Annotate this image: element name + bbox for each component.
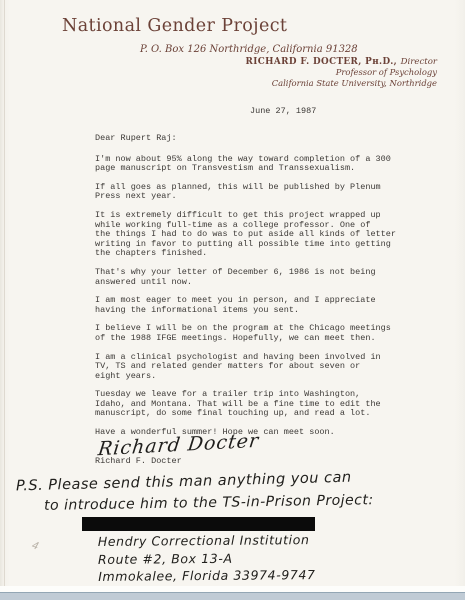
director-name-caps: RICHARD F. DOCTER, Pʜ.D., (246, 57, 401, 67)
forward-address-line: Hendry Correctional Institution (98, 531, 316, 550)
redaction-bar (82, 517, 315, 531)
postscript-line-1: P.S. Please send this man anything you c… (16, 470, 352, 495)
letter-salutation: Dear Rupert Raj: (95, 134, 400, 144)
letterhead-director-name: RICHARD F. DOCTER, Pʜ.D., Director (246, 57, 437, 67)
forward-address: Hendry Correctional InstitutionRoute #2,… (98, 531, 316, 585)
letter-paragraph: I am most eager to meet you in person, a… (95, 296, 400, 315)
forward-address-line: Immokalee, Florida 33974-9747 (98, 566, 316, 585)
letter-paragraphs: I'm now about 95% along the way toward c… (95, 155, 400, 438)
letter-body: Dear Rupert Raj: I'm now about 95% along… (95, 134, 400, 442)
letter-paragraph: I am a clinical psychologist and having … (95, 353, 400, 382)
scan-edge (0, 592, 465, 600)
letterhead-director-block: RICHARD F. DOCTER, Pʜ.D., Director Profe… (246, 57, 437, 89)
letter-paragraph: I'm now about 95% along the way toward c… (95, 155, 400, 174)
letter-date: June 27, 1987 (250, 106, 316, 116)
pencil-mark: 4 (30, 539, 40, 552)
letter-paragraph: It is extremely difficult to get this pr… (95, 211, 400, 259)
letter-paragraph: If all goes as planned, this will be pub… (95, 183, 400, 202)
letterhead-address: P. O. Box 126 Northridge, California 913… (140, 44, 358, 55)
director-title: Director (401, 57, 437, 67)
letter-paragraph: Tuesday we leave for a trailer trip into… (95, 390, 400, 419)
postscript-line-2: to introduce him to the TS-in-Prison Pro… (44, 492, 374, 514)
letterhead-director-university: California State University, Northridge (246, 78, 437, 89)
letterhead-director-profession: Professor of Psychology (246, 67, 437, 78)
letter-paragraph: I believe I will be on the program at th… (95, 324, 400, 343)
paper-crease (4, 0, 5, 592)
letter-paragraph: That's why your letter of December 6, 19… (95, 268, 400, 287)
scanned-letter: National Gender Project P. O. Box 126 No… (0, 0, 465, 600)
forward-address-line: Route #2, Box 13-A (98, 549, 316, 568)
letterhead-org-name: National Gender Project (62, 16, 287, 36)
signature-typed-name: Richard F. Docter (95, 456, 182, 466)
